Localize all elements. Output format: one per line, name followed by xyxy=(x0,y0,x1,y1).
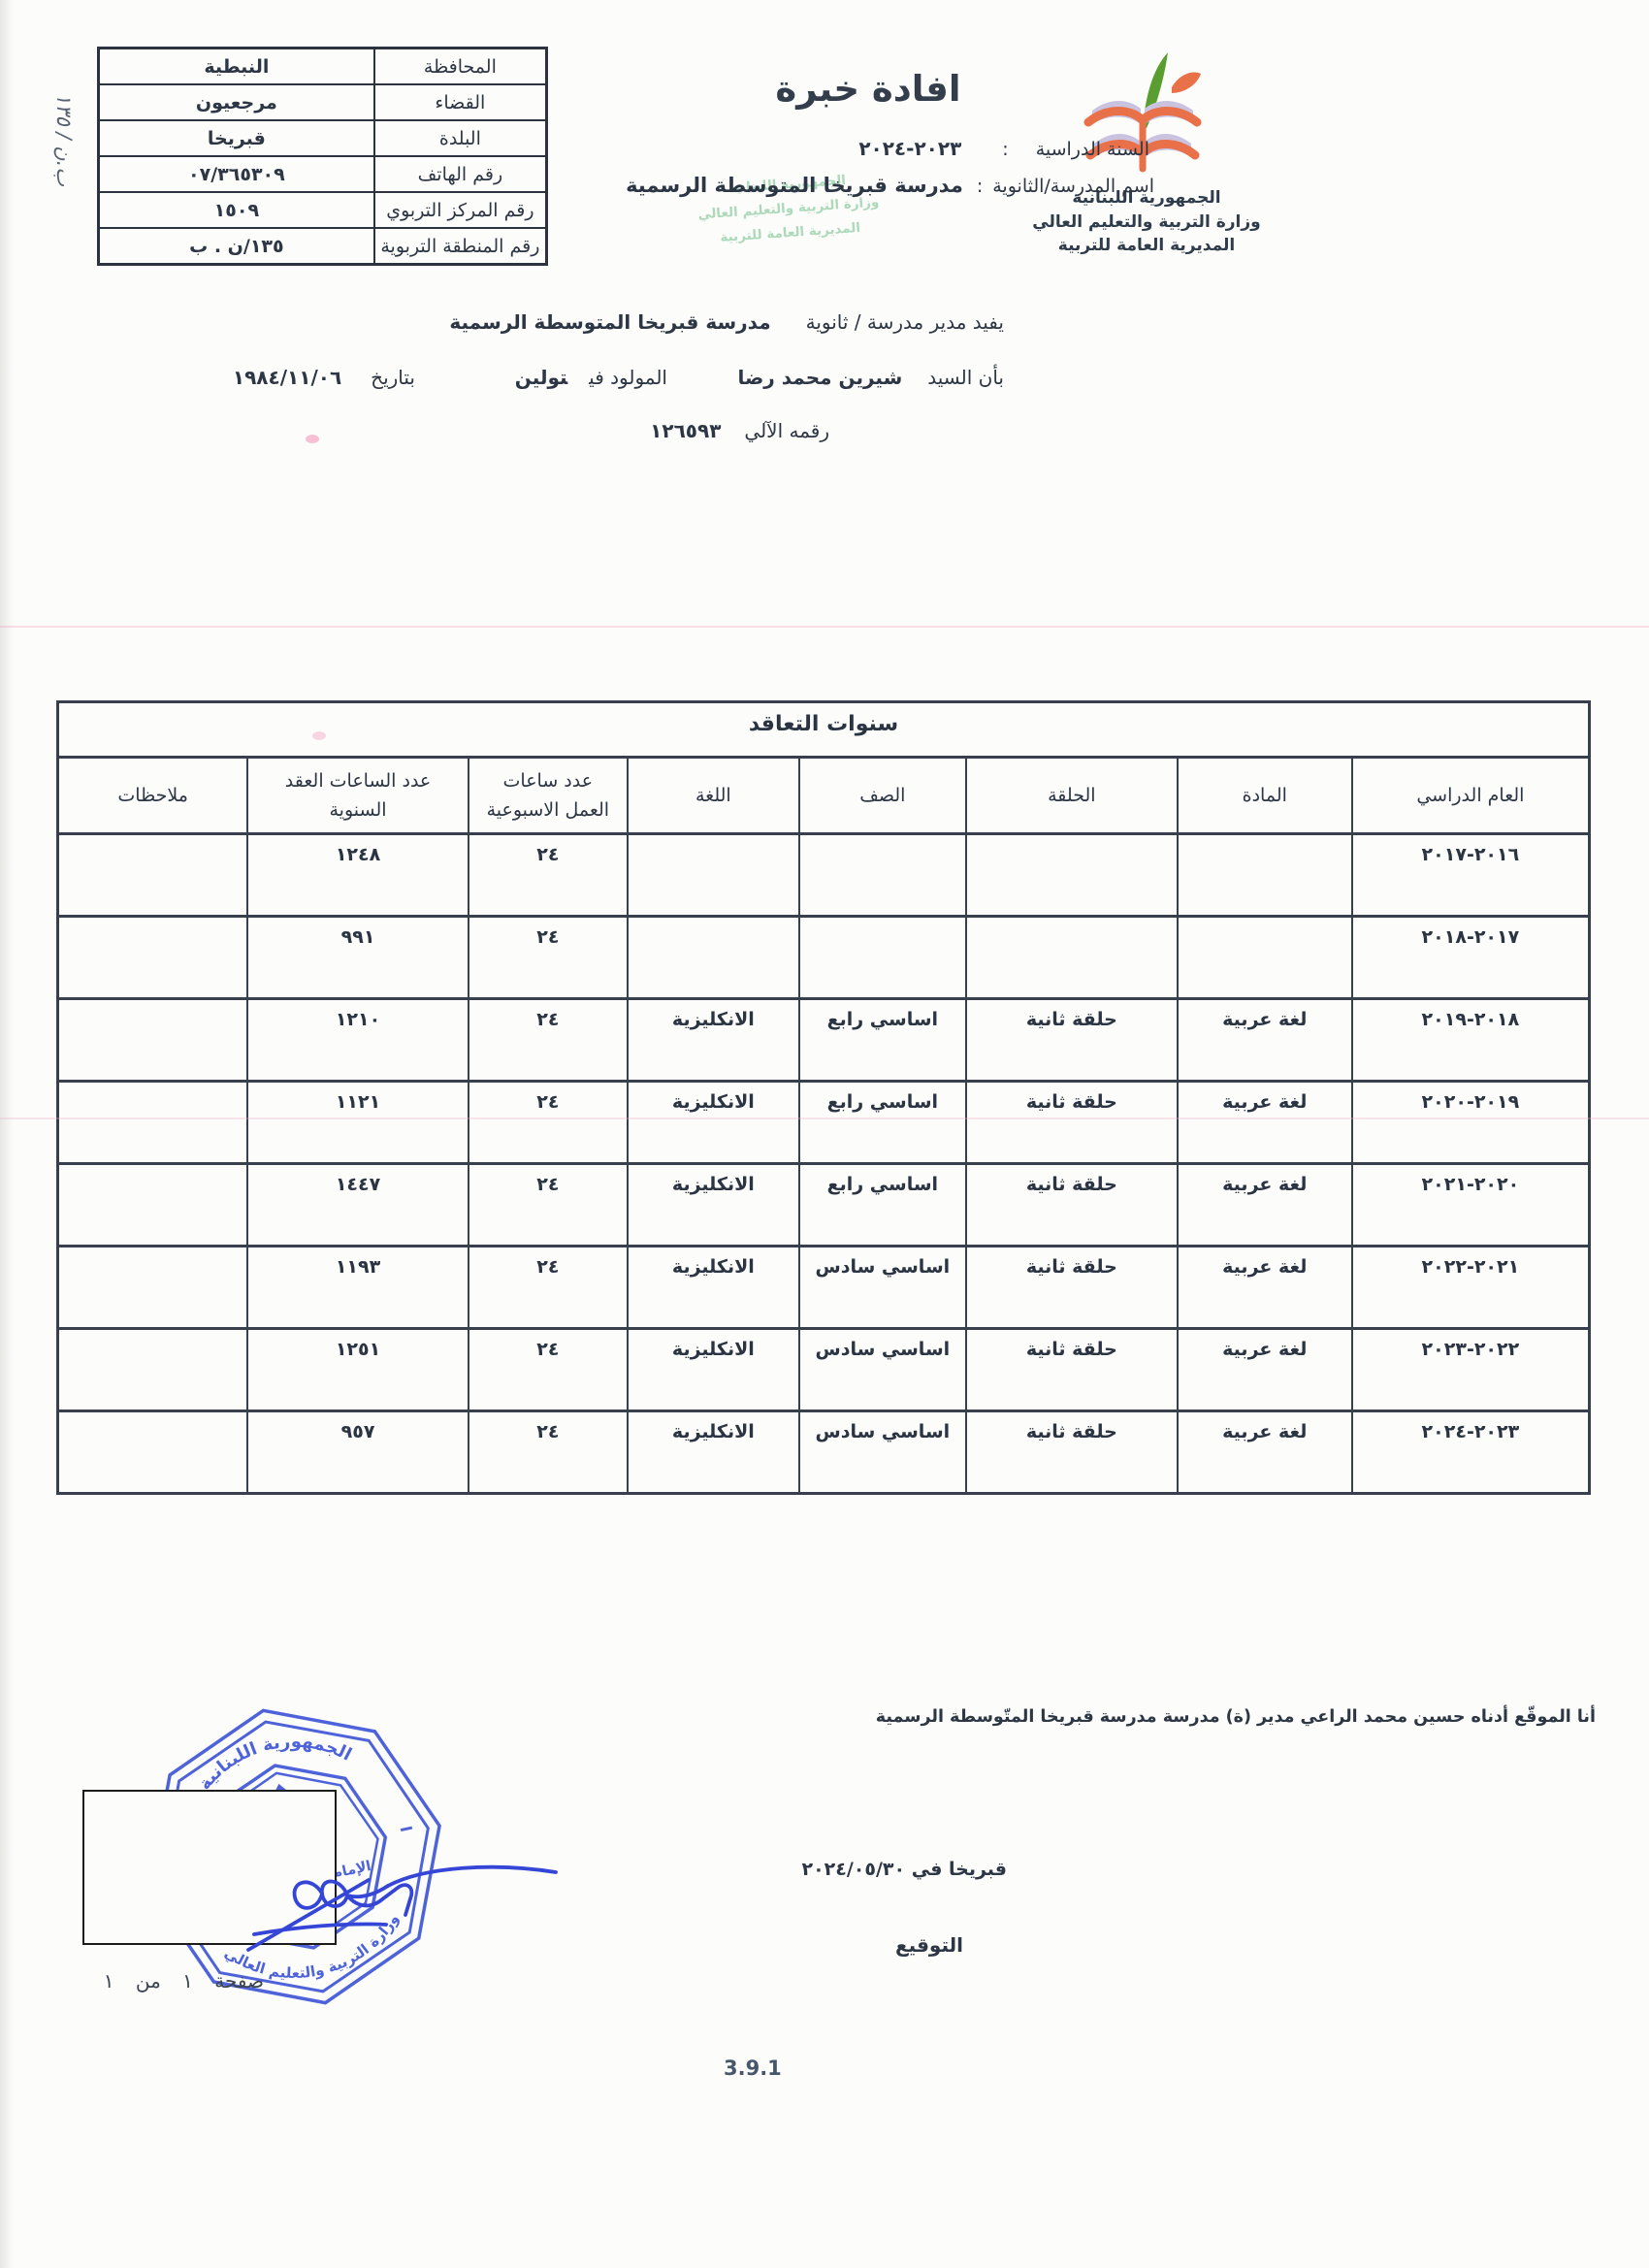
cell-language: الانكليزية xyxy=(628,1247,799,1329)
ministry-logo xyxy=(1079,50,1207,188)
cell-subject: لغة عربية xyxy=(1178,1247,1352,1329)
contract-years-table: سنوات التعاقد العام الدراسي المادة الحلق… xyxy=(56,700,1591,1495)
handwritten-margin-note: ١٣٥ / ن.ب xyxy=(52,93,76,186)
scan-artifact-mark xyxy=(312,731,326,740)
cell-year: ٢٠١٩-٢٠٢٠ xyxy=(1352,1082,1590,1164)
principal-declaration: أنا الموقّع أدناه حسين محمد الراعي مدير … xyxy=(876,1707,1596,1727)
cell-subject: لغة عربية xyxy=(1178,999,1352,1082)
cell-subject xyxy=(1178,834,1352,917)
col-header-weekly-hours: عدد ساعات العمل الاسبوعية xyxy=(469,758,628,834)
table-row: القضاء مرجعيون xyxy=(99,84,547,120)
table-row: ٢٠٢٣-٢٠٢٤ لغة عربية حلقة ثانية اساسي ساد… xyxy=(58,1411,1590,1494)
cell-language: الانكليزية xyxy=(628,1411,799,1494)
cell-weekly-hours: ٢٤ xyxy=(469,1411,628,1494)
cell-cycle: حلقة ثانية xyxy=(966,1247,1178,1329)
cell-grade: اساسي رابع xyxy=(799,1164,966,1247)
colon: : xyxy=(1002,139,1008,160)
cell-subject xyxy=(1178,917,1352,999)
colon: : xyxy=(977,176,983,197)
statement-school-name: مدرسة قبريخا المتوسطة الرسمية xyxy=(449,310,770,334)
scan-artifact-line xyxy=(0,626,1649,628)
info-label: رقم المنطقة التربوية xyxy=(374,228,547,265)
statement-line-birthdate: بتاريخ١٩٨٤/١١/٠٦ xyxy=(233,366,415,389)
cell-annual-hours: ١٢١٠ xyxy=(247,999,468,1082)
statement-line-birthplace: المولود فيتولين xyxy=(515,366,667,389)
cell-notes xyxy=(58,999,248,1082)
auto-number-label: رقمه الآلي xyxy=(744,419,829,442)
handwritten-signature xyxy=(241,1841,561,1966)
cell-annual-hours: ١٤٤٧ xyxy=(247,1164,468,1247)
statement-line-principal: يفيد مدير مدرسة / ثانويةمدرسة قبريخا الم… xyxy=(449,310,1004,334)
cell-notes xyxy=(58,1247,248,1329)
col-header-subject: المادة xyxy=(1178,758,1352,834)
cell-cycle xyxy=(966,917,1178,999)
school-name-value: مدرسة قبريخا المتوسطة الرسمية xyxy=(626,174,963,197)
cell-grade: اساسي سادس xyxy=(799,1247,966,1329)
cell-grade: اساسي سادس xyxy=(799,1411,966,1494)
cell-subject: لغة عربية xyxy=(1178,1164,1352,1247)
scan-edge-shadow xyxy=(0,0,14,2268)
cell-year: ٢٠٢٣-٢٠٢٤ xyxy=(1352,1411,1590,1494)
statement-line-person: بأن السيدشيرين محمد رضا xyxy=(737,366,1004,389)
school-year-line: السنة الدراسية:٢٠٢٣-٢٠٢٤ xyxy=(858,137,1149,160)
cell-language: الانكليزية xyxy=(628,1329,799,1411)
cell-year: ٢٠٢١-٢٠٢٢ xyxy=(1352,1247,1590,1329)
col-header-annual-hours: عدد الساعات العقد السنوية xyxy=(247,758,468,834)
info-label: البلدة xyxy=(374,120,547,156)
cell-year: ٢٠١٦-٢٠١٧ xyxy=(1352,834,1590,917)
info-value: النبطية xyxy=(99,49,374,85)
cell-notes xyxy=(58,1411,248,1494)
ministry-line: وزارة التربية والتعليم العالي xyxy=(1030,211,1263,235)
born-place: تولين xyxy=(515,366,567,389)
table-row: ٢٠٢٠-٢٠٢١ لغة عربية حلقة ثانية اساسي راب… xyxy=(58,1164,1590,1247)
cell-annual-hours: ١١٢١ xyxy=(247,1082,468,1164)
table-row: ٢٠٢٢-٢٠٢٣ لغة عربية حلقة ثانية اساسي ساد… xyxy=(58,1329,1590,1411)
statement-line-auto-number: رقمه الآلي١٢٦٥٩٣ xyxy=(650,419,829,442)
cell-subject: لغة عربية xyxy=(1178,1411,1352,1494)
table-row: ٢٠١٩-٢٠٢٠ لغة عربية حلقة ثانية اساسي راب… xyxy=(58,1082,1590,1164)
info-value: مرجعيون xyxy=(99,84,374,120)
form-version-number: 3.9.1 xyxy=(724,2057,782,2080)
open-book-logo-icon xyxy=(1079,50,1207,184)
cell-grade: اساسي سادس xyxy=(799,1329,966,1411)
cell-year: ٢٠١٨-٢٠١٩ xyxy=(1352,999,1590,1082)
scan-artifact-line xyxy=(0,1118,1649,1119)
cell-year: ٢٠٢٢-٢٠٢٣ xyxy=(1352,1329,1590,1411)
scanned-document-page: { "header": { "ministry_lines": ["الجمهو… xyxy=(0,0,1649,2268)
school-name-label: اسم المدرسة/الثانوية xyxy=(992,176,1154,197)
col-header-language: اللغة xyxy=(628,758,799,834)
ministry-name-block: الجمهورية اللبنانية وزارة التربية والتعل… xyxy=(1030,186,1263,258)
cell-annual-hours: ٩٩١ xyxy=(247,917,468,999)
cell-notes xyxy=(58,917,248,999)
born-label: المولود في xyxy=(589,366,667,389)
cell-language xyxy=(628,917,799,999)
table-row: ٢٠١٧-٢٠١٨ ٢٤ ٩٩١ xyxy=(58,917,1590,999)
birthdate-label: بتاريخ xyxy=(371,366,415,389)
info-label: رقم الهاتف xyxy=(374,156,547,192)
info-value: ١٥٠٩ xyxy=(99,192,374,228)
cell-weekly-hours: ٢٤ xyxy=(469,917,628,999)
cell-grade: اساسي رابع xyxy=(799,1082,966,1164)
table-row: رقم المنطقة التربوية ١٣٥/ن . ب xyxy=(99,228,547,265)
table-title: سنوات التعاقد xyxy=(58,702,1590,758)
table-row: رقم الهاتف ٠٧/٣٦٥٣٠٩ xyxy=(99,156,547,192)
document-title: افادة خبرة xyxy=(752,68,985,110)
table-row: ٢٠١٨-٢٠١٩ لغة عربية حلقة ثانية اساسي راب… xyxy=(58,999,1590,1082)
cell-grade xyxy=(799,917,966,999)
cell-year: ٢٠٢٠-٢٠٢١ xyxy=(1352,1164,1590,1247)
table-row: المحافظة النبطية xyxy=(99,49,547,85)
cell-grade xyxy=(799,834,966,917)
cell-weekly-hours: ٢٤ xyxy=(469,1164,628,1247)
col-header-notes: ملاحظات xyxy=(58,758,248,834)
cell-cycle: حلقة ثانية xyxy=(966,1082,1178,1164)
person-name: شيرين محمد رضا xyxy=(737,366,902,389)
info-value: قبريخا xyxy=(99,120,374,156)
issue-date-line: قبريخا في ٢٠٢٤/٠٥/٣٠ xyxy=(801,1859,1007,1880)
cell-subject: لغة عربية xyxy=(1178,1082,1352,1164)
info-label: رقم المركز التربوي xyxy=(374,192,547,228)
cell-annual-hours: ١٢٤٨ xyxy=(247,834,468,917)
auto-number-value: ١٢٦٥٩٣ xyxy=(650,419,721,442)
cell-weekly-hours: ٢٤ xyxy=(469,1082,628,1164)
table-title-row: سنوات التعاقد xyxy=(58,702,1590,758)
birthdate-value: ١٩٨٤/١١/٠٦ xyxy=(233,366,341,389)
cell-annual-hours: ٩٥٧ xyxy=(247,1411,468,1494)
cell-notes xyxy=(58,1164,248,1247)
cell-notes xyxy=(58,1082,248,1164)
scan-artifact-mark xyxy=(306,435,319,443)
table-row: ٢٠٢١-٢٠٢٢ لغة عربية حلقة ثانية اساسي ساد… xyxy=(58,1247,1590,1329)
cell-weekly-hours: ٢٤ xyxy=(469,1247,628,1329)
cell-annual-hours: ١١٩٣ xyxy=(247,1247,468,1329)
cell-cycle: حلقة ثانية xyxy=(966,999,1178,1082)
info-value: ١٣٥/ن . ب xyxy=(99,228,374,265)
person-prefix: بأن السيد xyxy=(927,366,1004,389)
school-year-value: ٢٠٢٣-٢٠٢٤ xyxy=(858,137,961,160)
table-row: رقم المركز التربوي ١٥٠٩ xyxy=(99,192,547,228)
cell-grade: اساسي رابع xyxy=(799,999,966,1082)
info-value: ٠٧/٣٦٥٣٠٩ xyxy=(99,156,374,192)
info-label: المحافظة xyxy=(374,49,547,85)
cell-year: ٢٠١٧-٢٠١٨ xyxy=(1352,917,1590,999)
cell-language xyxy=(628,834,799,917)
col-header-cycle: الحلقة xyxy=(966,758,1178,834)
table-row: ٢٠١٦-٢٠١٧ ٢٤ ١٢٤٨ xyxy=(58,834,1590,917)
cell-weekly-hours: ٢٤ xyxy=(469,999,628,1082)
cell-cycle: حلقة ثانية xyxy=(966,1329,1178,1411)
cell-language: الانكليزية xyxy=(628,1164,799,1247)
cell-weekly-hours: ٢٤ xyxy=(469,1329,628,1411)
cell-language: الانكليزية xyxy=(628,999,799,1082)
signature-label: التوقيع xyxy=(895,1933,963,1957)
page-number-label: صفحة ١ من ١ xyxy=(60,1969,264,1993)
cell-annual-hours: ١٢٥١ xyxy=(247,1329,468,1411)
info-label: القضاء xyxy=(374,84,547,120)
table-header-row: العام الدراسي المادة الحلقة الصف اللغة ع… xyxy=(58,758,1590,834)
cell-language: الانكليزية xyxy=(628,1082,799,1164)
signature-icon xyxy=(241,1841,561,1962)
cell-cycle: حلقة ثانية xyxy=(966,1164,1178,1247)
statement-prefix: يفيد مدير مدرسة / ثانوية xyxy=(806,310,1004,334)
cell-cycle xyxy=(966,834,1178,917)
col-header-year: العام الدراسي xyxy=(1352,758,1590,834)
table-row: البلدة قبريخا xyxy=(99,120,547,156)
cell-subject: لغة عربية xyxy=(1178,1329,1352,1411)
col-header-grade: الصف xyxy=(799,758,966,834)
school-info-table: المحافظة النبطية القضاء مرجعيون البلدة ق… xyxy=(97,47,548,266)
cell-weekly-hours: ٢٤ xyxy=(469,834,628,917)
ministry-line: المديرية العامة للتربية xyxy=(1030,234,1263,258)
school-name-line: اسم المدرسة/الثانوية:مدرسة قبريخا المتوس… xyxy=(626,174,1154,197)
cell-notes xyxy=(58,1329,248,1411)
cell-notes xyxy=(58,834,248,917)
school-year-label: السنة الدراسية xyxy=(1036,139,1149,160)
cell-cycle: حلقة ثانية xyxy=(966,1411,1178,1494)
